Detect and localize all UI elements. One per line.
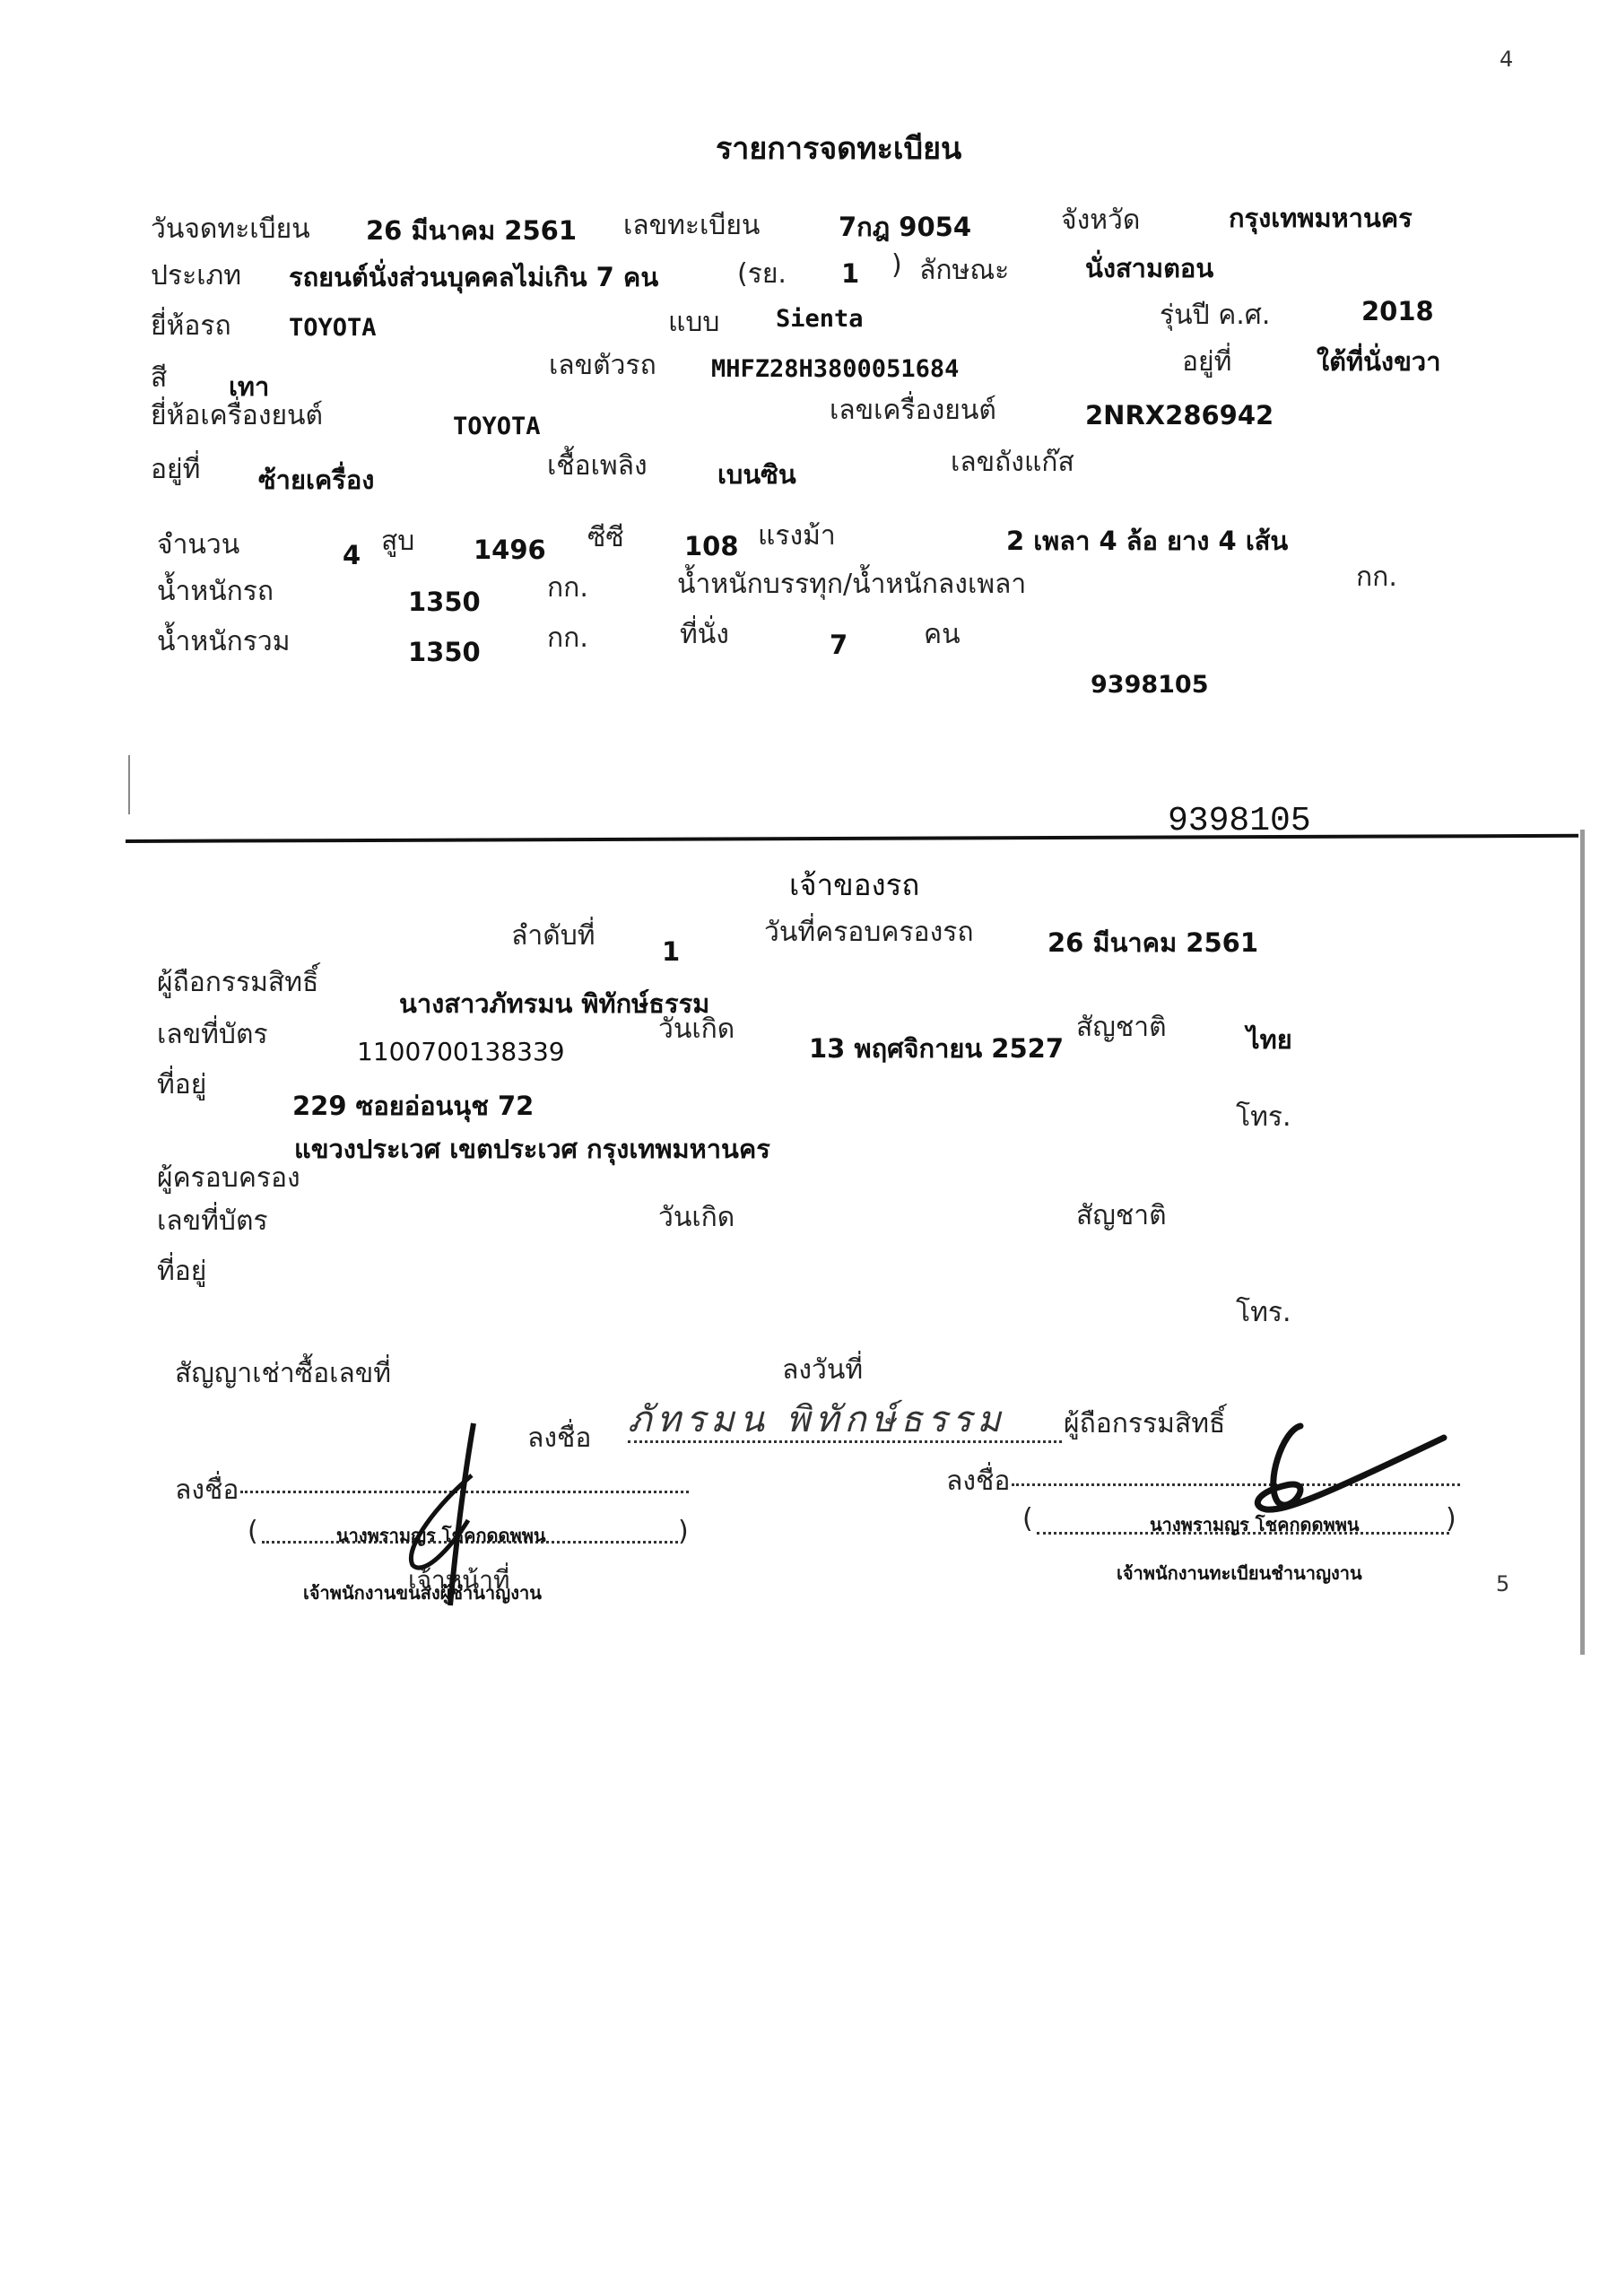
weight-unit: กก. [547,567,588,609]
count-label: จำนวน [157,524,239,566]
possessor-label: ผู้ครอบครอง [157,1157,300,1199]
id-label: เลขที่บัตร [157,1013,268,1056]
chassis-location-value: ใต้ที่นั่งขวา [1317,341,1441,382]
weight-value: 1350 [408,587,481,617]
seats-unit: คน [924,613,961,656]
section-divider [126,834,1578,843]
fuel-label: เชื้อเพลิง [547,445,648,487]
engine-location-label: อยู่ที่ [151,448,200,491]
sign-date-label: ลงวันที่ [782,1349,863,1391]
holder-sign-label: ลงชื่อ [527,1417,591,1459]
chassis-value: MHFZ28H3800051684 [711,355,959,383]
axles-wheels-tires: 2 เพลา 4 ล้อ ยาง 4 เส้น [1006,520,1288,561]
engine-brand-value: TOYOTA [453,413,541,440]
cc-unit: ซีซี [587,517,624,559]
plate-label: เลขทะเบียน [623,204,760,247]
color-label: สี [151,357,167,399]
right-open-paren: ( [1022,1503,1033,1535]
address-line1: 229 ซอยอ่อนนุช 72 [292,1085,534,1126]
type-value: รถยนต์นั่งส่วนบุคคลไม่เกิน 7 คน [289,257,658,298]
owner-title: เจ้าของรถ [789,861,919,909]
seats-value: 7 [830,630,848,660]
ry-label: (รย. [737,253,787,295]
province-value: กรุงเทพมหานคร [1229,197,1413,239]
possession-date-label: วันที่ครอบครองรถ [764,911,974,953]
left-signature-mark [386,1422,529,1610]
right-officer-role: เจ้าพนักงานทะเบียนชำนาญงาน [1117,1559,1362,1587]
possessor-id-label: เลขที่บัตร [157,1200,268,1242]
reg-date-label: วันจดทะเบียน [151,208,310,250]
id-value: 1100700138339 [357,1037,565,1066]
hp-value: 108 [684,531,739,561]
ry-close: ) [891,249,902,281]
holder-handwritten-signature: ภัทรมน พิทักษ์ธรรม [628,1390,1006,1448]
possessor-dob-label: วันเกิด [658,1196,735,1239]
reg-date-value: 26 มีนาคม 2561 [366,210,577,251]
page-edge [1580,830,1585,1655]
model-value: Sienta [776,305,864,333]
document-number-stamp: 9398105 [1168,802,1311,832]
right-signature-mark [1202,1422,1471,1520]
cylinders-unit: สูบ [381,520,414,562]
style-value: นั่งสามตอน [1085,248,1213,289]
chassis-location-label: อยู่ที่ [1182,341,1231,383]
brand-label: ยี่ห้อรถ [151,305,231,347]
fuel-value: เบนซิน [717,454,796,495]
gross-weight-label: น้ำหนักรวม [157,621,291,663]
left-open-paren: ( [248,1516,258,1547]
style-label: ลักษณะ [919,249,1009,291]
engine-number-label: เลขเครื่องยนต์ [830,389,996,431]
page-number-top: 4 [1500,47,1513,72]
cc-value: 1496 [474,535,546,565]
left-sign-label: ลงชื่อ [175,1469,239,1511]
engine-location-value: ซ้ายเครื่อง [258,459,374,500]
possession-date-value: 26 มีนาคม 2561 [1048,922,1258,963]
weight-label: น้ำหนักรถ [157,570,274,613]
phone-label: โทร. [1236,1096,1291,1138]
chassis-label: เลขตัวรถ [549,344,656,387]
nationality-label: สัญชาติ [1076,1006,1167,1048]
right-sign-label: ลงชื่อ [946,1460,1010,1502]
left-close-paren: ) [678,1516,689,1547]
model-label: แบบ [668,301,719,344]
plate-value: 7กฎ 9054 [839,206,971,248]
sequence-label: ลำดับที่ [511,915,596,957]
document-number: 9398105 [1091,671,1209,699]
address-label: ที่อยู่ [157,1064,206,1106]
gross-weight-unit: กก. [547,617,588,659]
year-label: รุ่นปี ค.ศ. [1160,294,1270,336]
load-unit: กก. [1356,556,1397,598]
year-value: 2018 [1361,296,1434,326]
seats-label: ที่นั่ง [680,613,729,656]
dob-value: 13 พฤศจิกายน 2527 [809,1028,1064,1069]
ry-value: 1 [841,258,859,289]
gross-weight-value: 1350 [408,637,481,667]
contract-label: สัญญาเช่าซื้อเลขที่ [175,1352,391,1395]
engine-number-value: 2NRX286942 [1085,400,1274,430]
holder-label: ผู้ถือกรรมสิทธิ์ [157,961,318,1004]
sequence-value: 1 [662,936,680,967]
cylinders-value: 4 [343,540,361,570]
possessor-address-label: ที่อยู่ [157,1250,206,1292]
province-label: จังหวัด [1061,199,1140,241]
dob-label: วันเกิด [658,1008,735,1050]
load-label: น้ำหนักบรรทุก/น้ำหนักลงเพลา [677,563,1026,605]
possessor-phone-label: โทร. [1236,1291,1291,1334]
gas-tank-label: เลขถังแก๊ส [951,441,1074,483]
address-line2: แขวงประเวศ เขตประเวศ กรุงเทพมหานคร [294,1128,770,1170]
nationality-value: ไทย [1247,1019,1292,1060]
brand-value: TOYOTA [289,314,377,342]
registration-title: รายการจดทะเบียน [716,124,961,172]
hp-unit: แรงม้า [758,515,836,557]
type-label: ประเภท [151,255,241,297]
possessor-nationality-label: สัญชาติ [1076,1195,1167,1237]
margin-mark [128,755,130,814]
engine-brand-label: ยี่ห้อเครื่องยนต์ [151,395,323,437]
page-number-bottom: 5 [1496,1571,1509,1596]
